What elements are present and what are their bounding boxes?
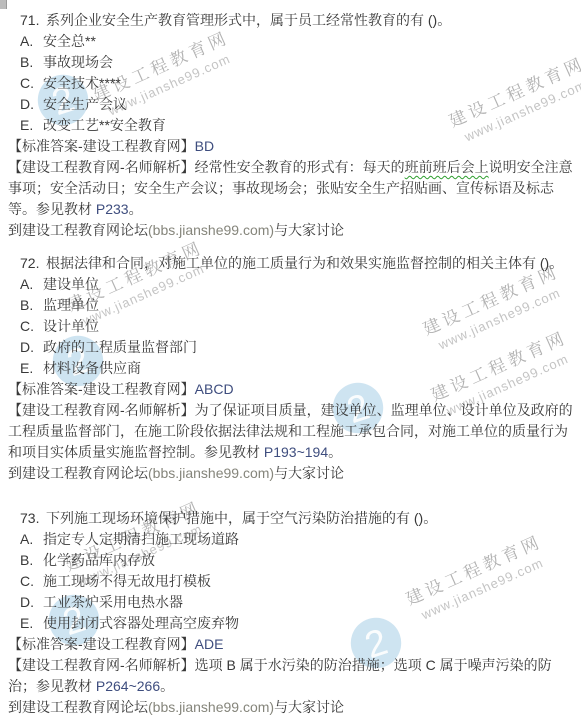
option-row: D.政府的工程质量监督部门 — [8, 337, 577, 358]
option-letter: E. — [20, 613, 43, 634]
option-text: 政府的工程质量监督部门 — [43, 339, 197, 355]
option-text: 工业茶炉采用电热水器 — [43, 594, 183, 610]
option-text: 建设单位 — [43, 276, 99, 292]
question-71: 71.系列企业安全生产教育管理形式中，属于员工经常性教育的有 ()。 A.安全总… — [8, 10, 577, 241]
question-stem-text: 根据法律和合同，对施工单位的施工质量行为和效果实施监督控制的相关主体有 ()。 — [46, 255, 563, 271]
option-row: B.事故现场会 — [8, 52, 577, 73]
question-stem-text: 下列施工现场环境保护措施中，属于空气污染防治措施的有 ()。 — [46, 510, 437, 526]
option-text: 事故现场会 — [43, 54, 113, 70]
option-row: D.安全生产会议 — [8, 94, 577, 115]
analysis-end: 。 — [129, 201, 143, 217]
question-number: 73. — [20, 508, 46, 529]
answer-value: BD — [195, 138, 214, 154]
option-text: 安全技术**** — [43, 75, 121, 91]
analysis-end: 。 — [328, 444, 342, 460]
option-text: 设计单位 — [43, 318, 99, 334]
option-letter: E. — [20, 358, 43, 379]
option-row: E.改变工艺**安全教育 — [8, 115, 577, 136]
page-ref: P264~266 — [96, 678, 160, 694]
answer-line: 【标准答案-建设工程教育网】ADE — [8, 634, 577, 655]
forum-text: 到建设工程教育网论坛 — [8, 465, 148, 481]
answer-label: 【标准答案-建设工程教育网】 — [8, 636, 195, 652]
option-letter: D. — [20, 337, 43, 358]
option-letter: D. — [20, 94, 43, 115]
option-row: C.安全技术**** — [8, 73, 577, 94]
answer-value: ABCD — [195, 381, 234, 397]
analysis-paragraph: 【建设工程教育网-名师解析】为了保证项目质量，建设单位、监理单位、设计单位及政府… — [8, 400, 577, 463]
option-letter: B. — [20, 550, 43, 571]
forum-text: 与大家讨论 — [274, 699, 344, 715]
option-text: 施工现场不得无故甩打模板 — [43, 573, 211, 589]
grammar-squiggle-text: 班前班后会上 — [405, 159, 489, 175]
forum-line: 到建设工程教育网论坛(bbs.jianshe99.com)与大家讨论 — [8, 220, 577, 241]
answer-line: 【标准答案-建设工程教育网】ABCD — [8, 379, 577, 400]
option-text: 材料设备供应商 — [43, 360, 141, 376]
option-row: D.工业茶炉采用电热水器 — [8, 592, 577, 613]
option-row: A.安全总** — [8, 31, 577, 52]
question-number: 72. — [20, 253, 46, 274]
forum-text: 与大家讨论 — [274, 465, 344, 481]
option-letter: A. — [20, 274, 43, 295]
analysis-label: 【建设工程教育网-名师解析】 — [8, 657, 195, 673]
question-72: 72.根据法律和合同，对施工单位的施工质量行为和效果实施监督控制的相关主体有 (… — [8, 253, 577, 484]
answer-line: 【标准答案-建设工程教育网】BD — [8, 136, 577, 157]
option-letter: C. — [20, 316, 43, 337]
document-page: 2 建设工程教育网 www.jianshe99.com 建设工程教育网 www.… — [0, 0, 581, 728]
analysis-label: 【建设工程教育网-名师解析】 — [8, 402, 195, 418]
question-stem: 73.下列施工现场环境保护措施中，属于空气污染防治措施的有 ()。 — [8, 508, 577, 529]
option-letter: A. — [20, 31, 43, 52]
analysis-label: 【建设工程教育网-名师解析】 — [8, 159, 195, 175]
option-text: 改变工艺**安全教育 — [43, 117, 166, 133]
answer-value: ADE — [195, 636, 224, 652]
analysis-text: 经常性安全教育的形式有：每天的 — [195, 159, 405, 175]
option-letter: C. — [20, 571, 43, 592]
option-row: B.监理单位 — [8, 295, 577, 316]
answer-label: 【标准答案-建设工程教育网】 — [8, 138, 195, 154]
forum-line: 到建设工程教育网论坛(bbs.jianshe99.com)与大家讨论 — [8, 697, 577, 718]
forum-line: 到建设工程教育网论坛(bbs.jianshe99.com)与大家讨论 — [8, 463, 577, 484]
analysis-paragraph: 【建设工程教育网-名师解析】经常性安全教育的形式有：每天的班前班后会上说明安全注… — [8, 157, 577, 220]
option-text: 使用封闭式容器处理高空废弃物 — [43, 615, 239, 631]
page-ref: P233 — [96, 201, 129, 217]
option-text: 化学药品库内存放 — [43, 552, 155, 568]
question-stem-text: 系列企业安全生产教育管理形式中，属于员工经常性教育的有 ()。 — [46, 12, 451, 28]
forum-url: (bbs.jianshe99.com) — [148, 699, 274, 715]
option-text: 安全生产会议 — [43, 96, 127, 112]
forum-url: (bbs.jianshe99.com) — [148, 222, 274, 238]
option-letter: D. — [20, 592, 43, 613]
option-text: 指定专人定期清扫施工现场道路 — [43, 531, 239, 547]
option-letter: A. — [20, 529, 43, 550]
option-letter: C. — [20, 73, 43, 94]
option-row: E.使用封闭式容器处理高空废弃物 — [8, 613, 577, 634]
question-number: 71. — [20, 10, 46, 31]
forum-text: 到建设工程教育网论坛 — [8, 222, 148, 238]
corner-artifact — [0, 0, 7, 9]
option-letter: E. — [20, 115, 43, 136]
answer-label: 【标准答案-建设工程教育网】 — [8, 381, 195, 397]
forum-text: 到建设工程教育网论坛 — [8, 699, 148, 715]
question-stem: 72.根据法律和合同，对施工单位的施工质量行为和效果实施监督控制的相关主体有 (… — [8, 253, 577, 274]
option-text: 监理单位 — [43, 297, 99, 313]
option-text: 安全总** — [43, 33, 96, 49]
question-stem: 71.系列企业安全生产教育管理形式中，属于员工经常性教育的有 ()。 — [8, 10, 577, 31]
question-73: 73.下列施工现场环境保护措施中，属于空气污染防治措施的有 ()。 A.指定专人… — [8, 508, 577, 718]
analysis-end: 。 — [160, 678, 174, 694]
option-row: B.化学药品库内存放 — [8, 550, 577, 571]
option-row: A.指定专人定期清扫施工现场道路 — [8, 529, 577, 550]
option-row: C.施工现场不得无故甩打模板 — [8, 571, 577, 592]
page-ref: P193~194 — [264, 444, 328, 460]
option-row: C.设计单位 — [8, 316, 577, 337]
option-letter: B. — [20, 52, 43, 73]
option-row: E.材料设备供应商 — [8, 358, 577, 379]
option-letter: B. — [20, 295, 43, 316]
forum-url: (bbs.jianshe99.com) — [148, 465, 274, 481]
exam-content: 71.系列企业安全生产教育管理形式中，属于员工经常性教育的有 ()。 A.安全总… — [0, 0, 581, 718]
forum-text: 与大家讨论 — [274, 222, 344, 238]
analysis-paragraph: 【建设工程教育网-名师解析】选项 B 属于水污染的防治措施；选项 C 属于噪声污… — [8, 655, 577, 697]
option-row: A.建设单位 — [8, 274, 577, 295]
